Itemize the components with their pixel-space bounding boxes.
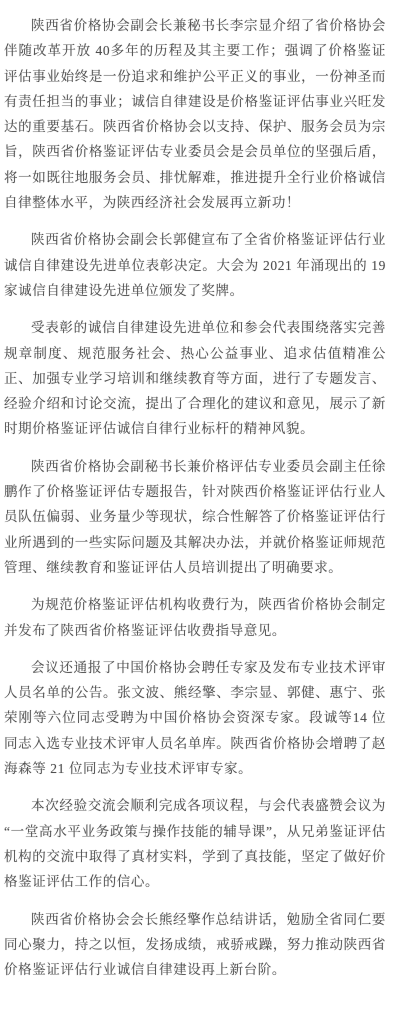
paragraph-expert-appointments: 会议还通报了中国价格协会聘任专家及发布专业技术评审人员名单的公告。张文波、熊经擎… <box>4 655 386 781</box>
paragraph-intro-lizongxian: 陕西省价格协会副会长兼秘书长李宗显介绍了省价格协会伴随改革开放 40多年的历程及… <box>4 13 386 215</box>
paragraph-closing-remarks: 陕西省价格协会会长熊经擎作总结讲话，勉励全省同仁要同心聚力，持之以恒，发扬成绩，… <box>4 907 386 983</box>
paragraph-fee-guidance: 为规范价格鉴证评估机构收费行为，陕西省价格协会制定并发布了陕西省价格鉴证评估收费… <box>4 592 386 643</box>
paragraph-xupeng-report: 陕西省价格协会副秘书长兼价格评估专业委员会副主任徐鹏作了价格鉴证评估专题报告，针… <box>4 454 386 580</box>
paragraph-meeting-praise: 本次经验交流会顺利完成各项议程，与会代表盛赞会议为“一堂高水平业务政策与操作技能… <box>4 793 386 894</box>
document-page: 陕西省价格协会副会长兼秘书长李宗显介绍了省价格协会伴随改革开放 40多年的历程及… <box>0 0 394 1024</box>
paragraph-guojian-announcement: 陕西省价格协会副会长郭健宣布了全省价格鉴证评估行业诚信自律建设先进单位表彰决定。… <box>4 227 386 303</box>
paragraph-commended-units: 受表彰的诚信自律建设先进单位和参会代表围绕落实完善规章制度、规范服务社会、热心公… <box>4 315 386 441</box>
